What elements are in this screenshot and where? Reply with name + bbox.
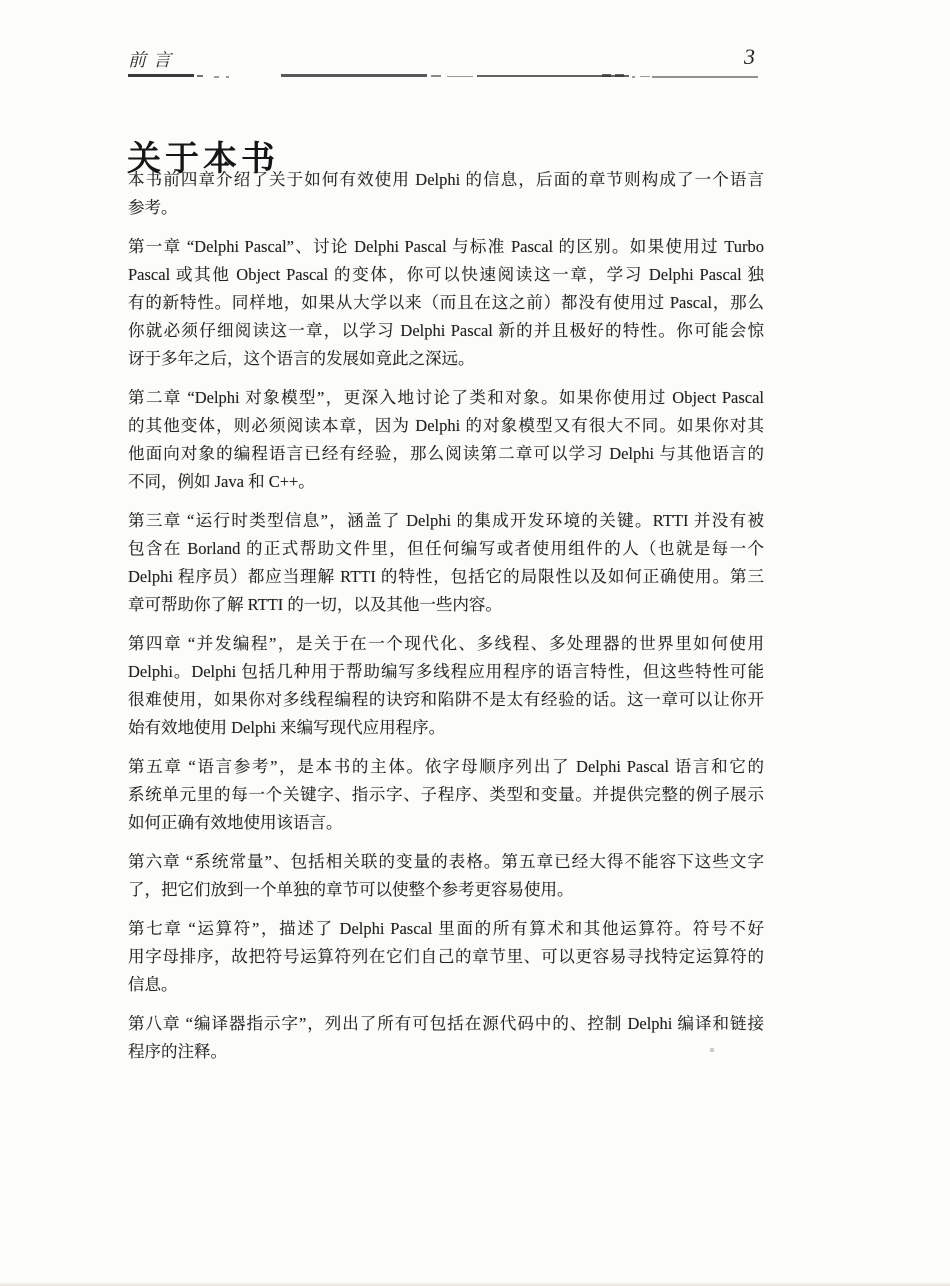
paragraph: 第七章 “运算符”，描述了 Delphi Pascal 里面的所有算术和其他运算… bbox=[128, 915, 764, 999]
paragraph: 第三章 “运行时类型信息”，涵盖了 Delphi 的集成开发环境的关键。RTTI… bbox=[128, 507, 764, 619]
paragraph: 第八章 “编译器指示字”，列出了所有可包括在源代码中的、控制 Delphi 编译… bbox=[128, 1010, 764, 1066]
text-line: 有的新特性。同样地，如果从大学以来（而且在这之前）都没有使用过 Pascal，那… bbox=[128, 289, 764, 317]
header-rule-segment bbox=[640, 76, 650, 77]
text-line: 了，把它们放到一个单独的章节可以使整个参考更容易使用。 bbox=[128, 876, 764, 904]
book-page: 前言 3 关于本书 本书前四章介绍了关于如何有效使用 Delphi 的信息，后面… bbox=[0, 0, 950, 1286]
text-line: 始有效地使用 Delphi 来编写现代应用程序。 bbox=[128, 714, 764, 742]
header-rule-segment bbox=[128, 74, 194, 77]
text-line: 的其他变体，则必须阅读本章，因为 Delphi 的对象模型又有很大不同。如果你对… bbox=[128, 412, 764, 440]
text-line: 系统单元里的每一个关键字、指示字、子程序、类型和变量。并提供完整的例子展示 bbox=[128, 781, 764, 809]
text-line: 用字母排序，故把符号运算符列在它们自己的章节里、可以更容易寻找特定运算符的 bbox=[128, 943, 764, 971]
scan-artifact bbox=[710, 1048, 714, 1052]
header-rule-segment bbox=[652, 76, 758, 78]
header-rule-segment bbox=[214, 76, 219, 78]
text-line: 如何正确有效地使用该语言。 bbox=[128, 809, 764, 837]
text-line: 第五章 “语言参考”，是本书的主体。依字母顺序列出了 Delphi Pascal… bbox=[128, 753, 764, 781]
paragraph: 第一章 “Delphi Pascal”、讨论 Delphi Pascal 与标准… bbox=[128, 233, 764, 373]
text-line: 信息。 bbox=[128, 971, 764, 999]
header-rule-segment bbox=[602, 74, 611, 77]
text-line: 不同，例如 Java 和 C++。 bbox=[128, 468, 764, 496]
header-rule-segment bbox=[281, 74, 427, 77]
text-line: 很难使用，如果你对多线程编程的诀窍和陷阱不是太有经验的话。这一章可以让你开 bbox=[128, 686, 764, 714]
header-rule-segment bbox=[615, 74, 624, 77]
text-line: Delphi。Delphi 包括几种用于帮助编写多线程应用程序的语言特性，但这些… bbox=[128, 658, 764, 686]
text-line: 你就必须仔细阅读这一章，以学习 Delphi Pascal 新的并且极好的特性。… bbox=[128, 317, 764, 345]
text-line: 第八章 “编译器指示字”，列出了所有可包括在源代码中的、控制 Delphi 编译… bbox=[128, 1010, 764, 1038]
paragraph: 本书前四章介绍了关于如何有效使用 Delphi 的信息，后面的章节则构成了一个语… bbox=[128, 166, 764, 222]
text-line: 程序的注释。 bbox=[128, 1038, 764, 1066]
text-line: 讶于多年之后，这个语言的发展如竟此之深远。 bbox=[128, 345, 764, 373]
text-line: 他面向对象的编程语言已经有经验，那么阅读第二章可以学习 Delphi 与其他语言… bbox=[128, 440, 764, 468]
paragraph: 第四章 “并发编程”，是关于在一个现代化、多线程、多处理器的世界里如何使用Del… bbox=[128, 630, 764, 742]
text-line: 第三章 “运行时类型信息”，涵盖了 Delphi 的集成开发环境的关键。RTTI… bbox=[128, 507, 764, 535]
header-rule-segment bbox=[197, 75, 203, 77]
page-number: 3 bbox=[744, 44, 755, 70]
header-rule-segment bbox=[431, 75, 441, 77]
text-line: Pascal 或其他 Object Pascal 的变体，你可以快速阅读这一章，… bbox=[128, 261, 764, 289]
header-rule-segment bbox=[226, 76, 229, 78]
paragraph: 第六章 “系统常量”、包括相关联的变量的表格。第五章已经大得不能容下这些文字了，… bbox=[128, 848, 764, 904]
running-header: 前言 bbox=[128, 46, 178, 72]
paragraph: 第五章 “语言参考”，是本书的主体。依字母顺序列出了 Delphi Pascal… bbox=[128, 753, 764, 837]
text-line: 本书前四章介绍了关于如何有效使用 Delphi 的信息，后面的章节则构成了一个语… bbox=[128, 166, 764, 194]
body-text: 本书前四章介绍了关于如何有效使用 Delphi 的信息，后面的章节则构成了一个语… bbox=[128, 166, 764, 1077]
text-line: 第四章 “并发编程”，是关于在一个现代化、多线程、多处理器的世界里如何使用 bbox=[128, 630, 764, 658]
text-line: 第一章 “Delphi Pascal”、讨论 Delphi Pascal 与标准… bbox=[128, 233, 764, 261]
text-line: Delphi 程序员）都应当理解 RTTI 的特性，包括它的局限性以及如何正确使… bbox=[128, 563, 764, 591]
text-line: 参考。 bbox=[128, 194, 764, 222]
text-line: 第六章 “系统常量”、包括相关联的变量的表格。第五章已经大得不能容下这些文字 bbox=[128, 848, 764, 876]
header-rule-segment bbox=[632, 76, 635, 78]
text-line: 第七章 “运算符”，描述了 Delphi Pascal 里面的所有算术和其他运算… bbox=[128, 915, 764, 943]
text-line: 第二章 “Delphi 对象模型”，更深入地讨论了类和对象。如果你使用过 Obj… bbox=[128, 384, 764, 412]
text-line: 包含在 Borland 的正式帮助文件里，但任何编写或者使用组件的人（也就是每一… bbox=[128, 535, 764, 563]
header-rule-segment bbox=[447, 76, 473, 77]
paragraph: 第二章 “Delphi 对象模型”，更深入地讨论了类和对象。如果你使用过 Obj… bbox=[128, 384, 764, 496]
page-edge-shadow bbox=[0, 1282, 950, 1286]
text-line: 章可帮助你了解 RTTI 的一切，以及其他一些内容。 bbox=[128, 591, 764, 619]
